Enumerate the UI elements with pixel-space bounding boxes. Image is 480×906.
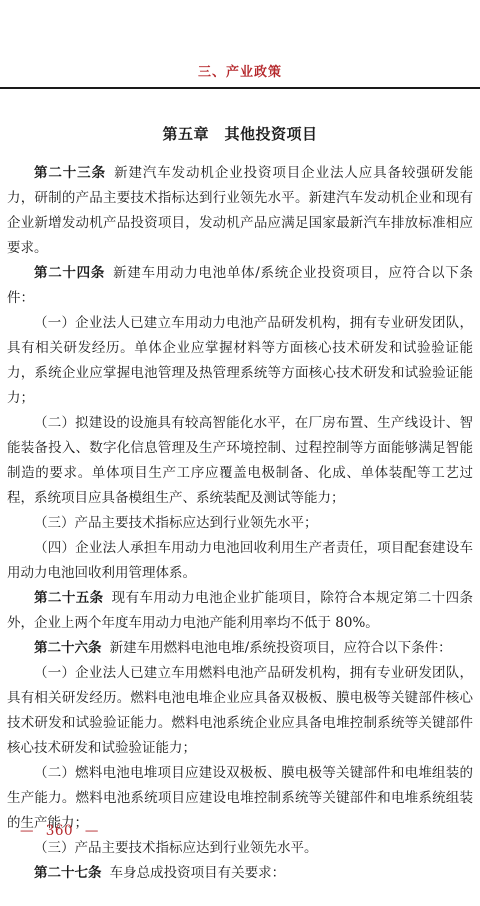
document-page: 三、产业政策 第五章 其他投资项目 第二十三条新建汽车发动机企业投资项目企业法人…	[0, 0, 480, 906]
document-body: 第二十三条新建汽车发动机企业投资项目企业法人应具备较强研发能力，研制的产品主要技…	[7, 161, 473, 886]
paragraph-text: （四）企业法人承担车用动力电池回收利用生产者责任，项目配套建设车用动力电池回收利…	[7, 540, 473, 581]
paragraph-text: 新建车用燃料电池电堆/系统投资项目，应符合以下条件：	[110, 640, 452, 656]
article-paragraph: 第二十七条车身总成投资项目有关要求：	[7, 861, 473, 886]
paragraph-text: （三）产品主要技术指标应达到行业领先水平。	[34, 840, 318, 856]
article-number: 第二十七条	[34, 865, 102, 881]
article-paragraph: （三）产品主要技术指标应达到行业领先水平；	[7, 511, 473, 536]
article-number: 第二十五条	[34, 590, 104, 606]
article-paragraph: （三）产品主要技术指标应达到行业领先水平。	[7, 836, 473, 861]
chapter-title: 第五章 其他投资项目	[0, 123, 480, 144]
header-rule	[0, 87, 480, 89]
paragraph-text: （二）拟建设的设施具有较高智能化水平，在厂房布置、生产线设计、智能装备投入、数字…	[7, 415, 473, 506]
article-paragraph: （一）企业法人已建立车用燃料电池产品研发机构，拥有专业研发团队，具有相关研发经历…	[7, 661, 473, 761]
page-footer: — 360 —	[20, 823, 99, 839]
page-number: — 360 —	[20, 823, 99, 839]
article-number: 第二十四条	[34, 265, 105, 281]
article-paragraph: （一）企业法人已建立车用动力电池产品研发机构，拥有专业研发团队，具有相关研发经历…	[7, 311, 473, 411]
article-paragraph: 第二十三条新建汽车发动机企业投资项目企业法人应具备较强研发能力，研制的产品主要技…	[7, 161, 473, 261]
running-head: 三、产业政策	[0, 61, 480, 80]
article-paragraph: 第二十四条新建车用动力电池单体/系统企业投资项目，应符合以下条件：	[7, 261, 473, 311]
article-paragraph: 第二十六条新建车用燃料电池电堆/系统投资项目，应符合以下条件：	[7, 636, 473, 661]
article-paragraph: （二）拟建设的设施具有较高智能化水平，在厂房布置、生产线设计、智能装备投入、数字…	[7, 411, 473, 511]
article-paragraph: 第二十五条现有车用动力电池企业扩能项目，除符合本规定第二十四条外，企业上两个年度…	[7, 586, 473, 636]
article-number: 第二十六条	[34, 640, 102, 656]
paragraph-text: （一）企业法人已建立车用动力电池产品研发机构，拥有专业研发团队，具有相关研发经历…	[7, 315, 473, 406]
paragraph-text: 车身总成投资项目有关要求：	[110, 865, 286, 881]
paragraph-text: （三）产品主要技术指标应达到行业领先水平；	[34, 515, 318, 531]
paragraph-text: （一）企业法人已建立车用燃料电池产品研发机构，拥有专业研发团队，具有相关研发经历…	[7, 665, 473, 756]
article-number: 第二十三条	[34, 165, 106, 181]
paragraph-text: （二）燃料电池电堆项目应建设双极板、膜电极等关键部件和电堆组装的生产能力。燃料电…	[7, 765, 473, 831]
article-paragraph: （四）企业法人承担车用动力电池回收利用生产者责任，项目配套建设车用动力电池回收利…	[7, 536, 473, 586]
